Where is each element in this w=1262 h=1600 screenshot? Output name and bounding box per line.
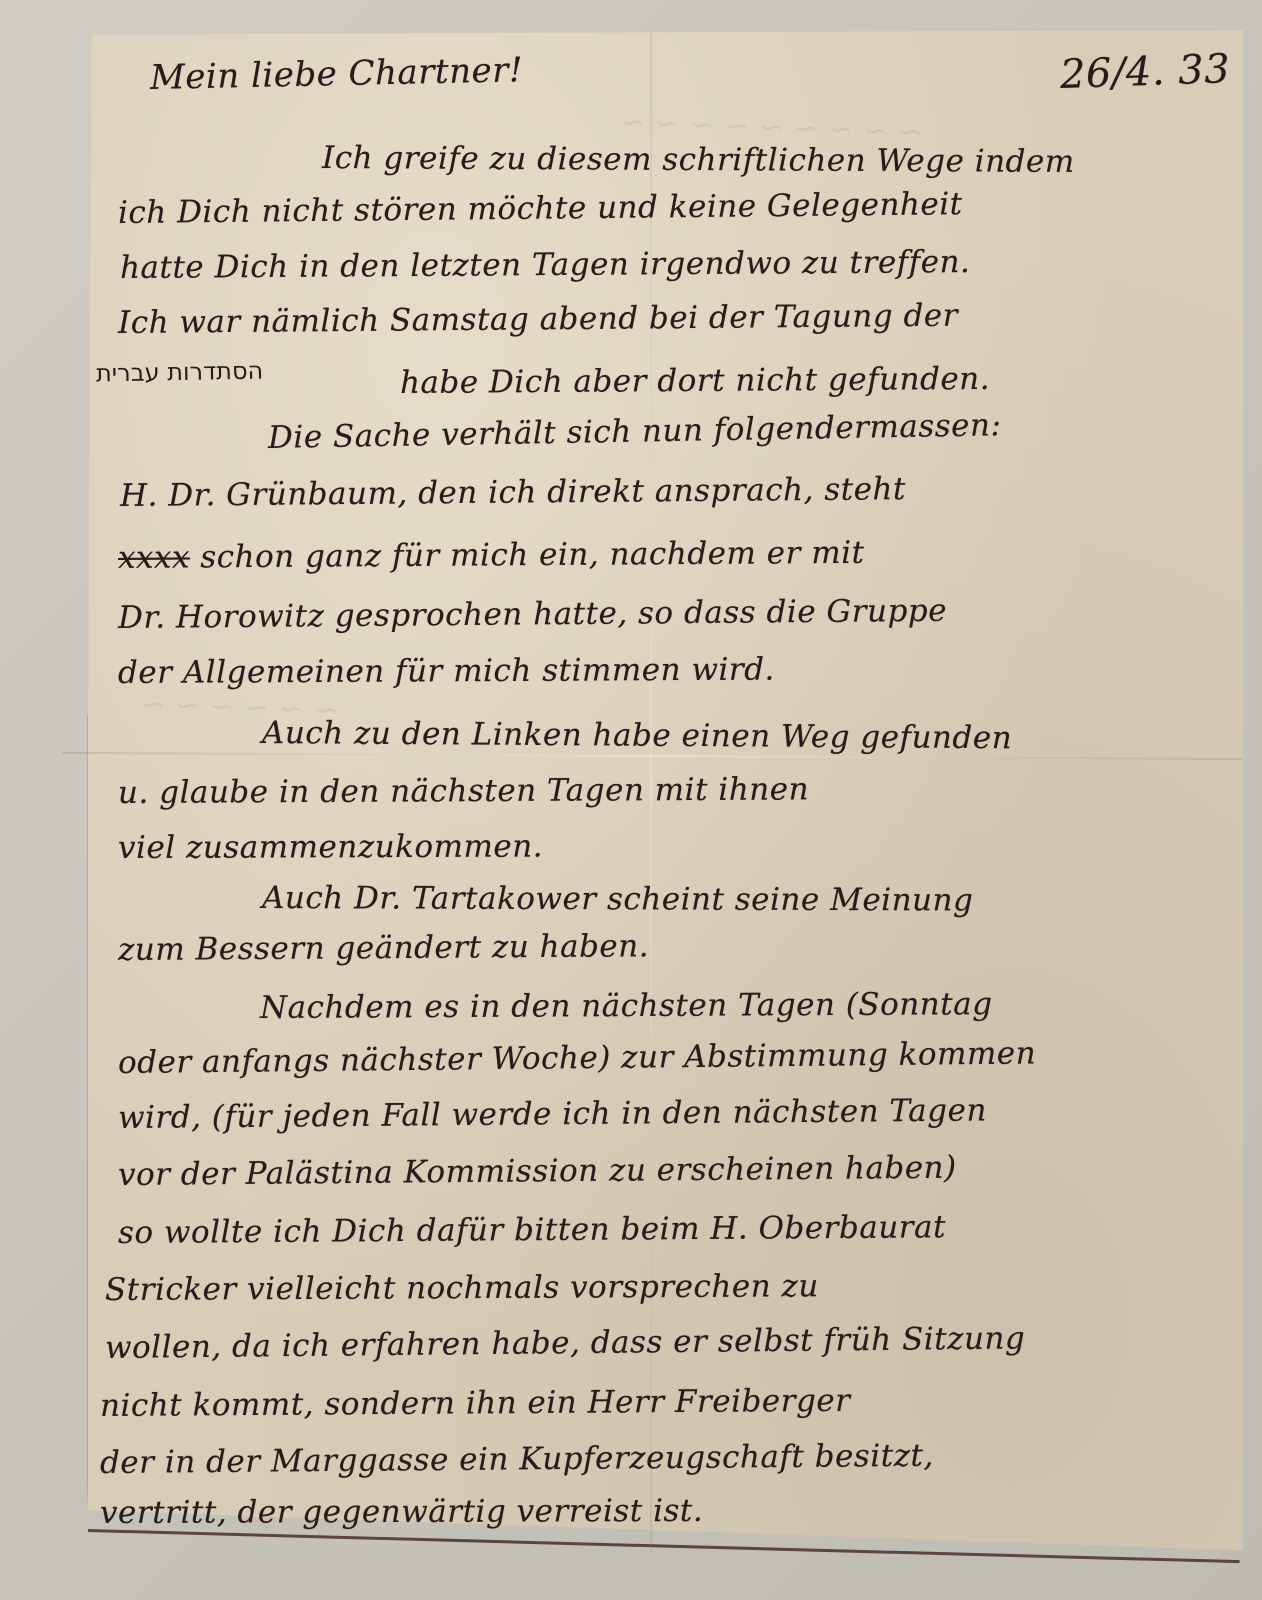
letter-line: Stricker vielleicht nochmals vorsprechen… (105, 1268, 819, 1308)
letter-line: Auch zu den Linken habe einen Weg gefund… (262, 715, 1012, 756)
letter-line: H. Dr. Grünbaum, den ich direkt ansprach… (120, 471, 906, 514)
letter-date: 26/4. 33 (1059, 46, 1231, 98)
letter-line: nicht kommt, sondern ihn ein Herr Freibe… (100, 1383, 851, 1424)
letter-line: so wollte ich Dich dafür bitten beim H. … (118, 1209, 946, 1251)
letter-line: viel zusammenzukommen. (118, 829, 543, 866)
letter-line: Ich war nämlich Samstag abend bei der Ta… (118, 298, 958, 341)
letter-line: Auch Dr. Tartakower scheint seine Meinun… (262, 880, 973, 918)
letter-line: der Allgemeinen für mich stimmen wird. (118, 652, 775, 691)
letter-line: habe Dich aber dort nicht gefunden. (400, 361, 990, 401)
letter-line: hatte Dich in den letzten Tagen irgendwo… (120, 244, 971, 286)
letter-line: u. glaube in den nächsten Tagen mit ihne… (118, 771, 809, 811)
letter-line: vor der Palästina Kommission zu erschein… (118, 1150, 957, 1193)
hebrew-text: הסתדרות עברית (96, 357, 264, 388)
letter-line: Nachdem es in den nächsten Tagen (Sonnta… (260, 986, 993, 1026)
letter-line: vertritt, der gegenwärtig verreist ist. (100, 1493, 703, 1531)
letter-line: zum Bessern geändert zu haben. (118, 928, 649, 968)
line-text: schon ganz für mich ein, nachdem er mit (200, 535, 864, 576)
letter-line: wird, (für jeden Fall werde ich in den n… (118, 1092, 987, 1136)
letter-line: der in der Marggasse ein Kupferzeugschaf… (100, 1438, 934, 1481)
letter-line: Ich greife zu diesem schriftlichen Wege … (322, 140, 1075, 180)
salutation: Mein liebe Chartner! (150, 50, 524, 98)
struck-word: xxxx (118, 539, 190, 576)
letter-line: Dr. Horowitz gesprochen hatte, so dass d… (118, 593, 947, 636)
letter-line: xxxx schon ganz für mich ein, nachdem er… (118, 535, 865, 576)
